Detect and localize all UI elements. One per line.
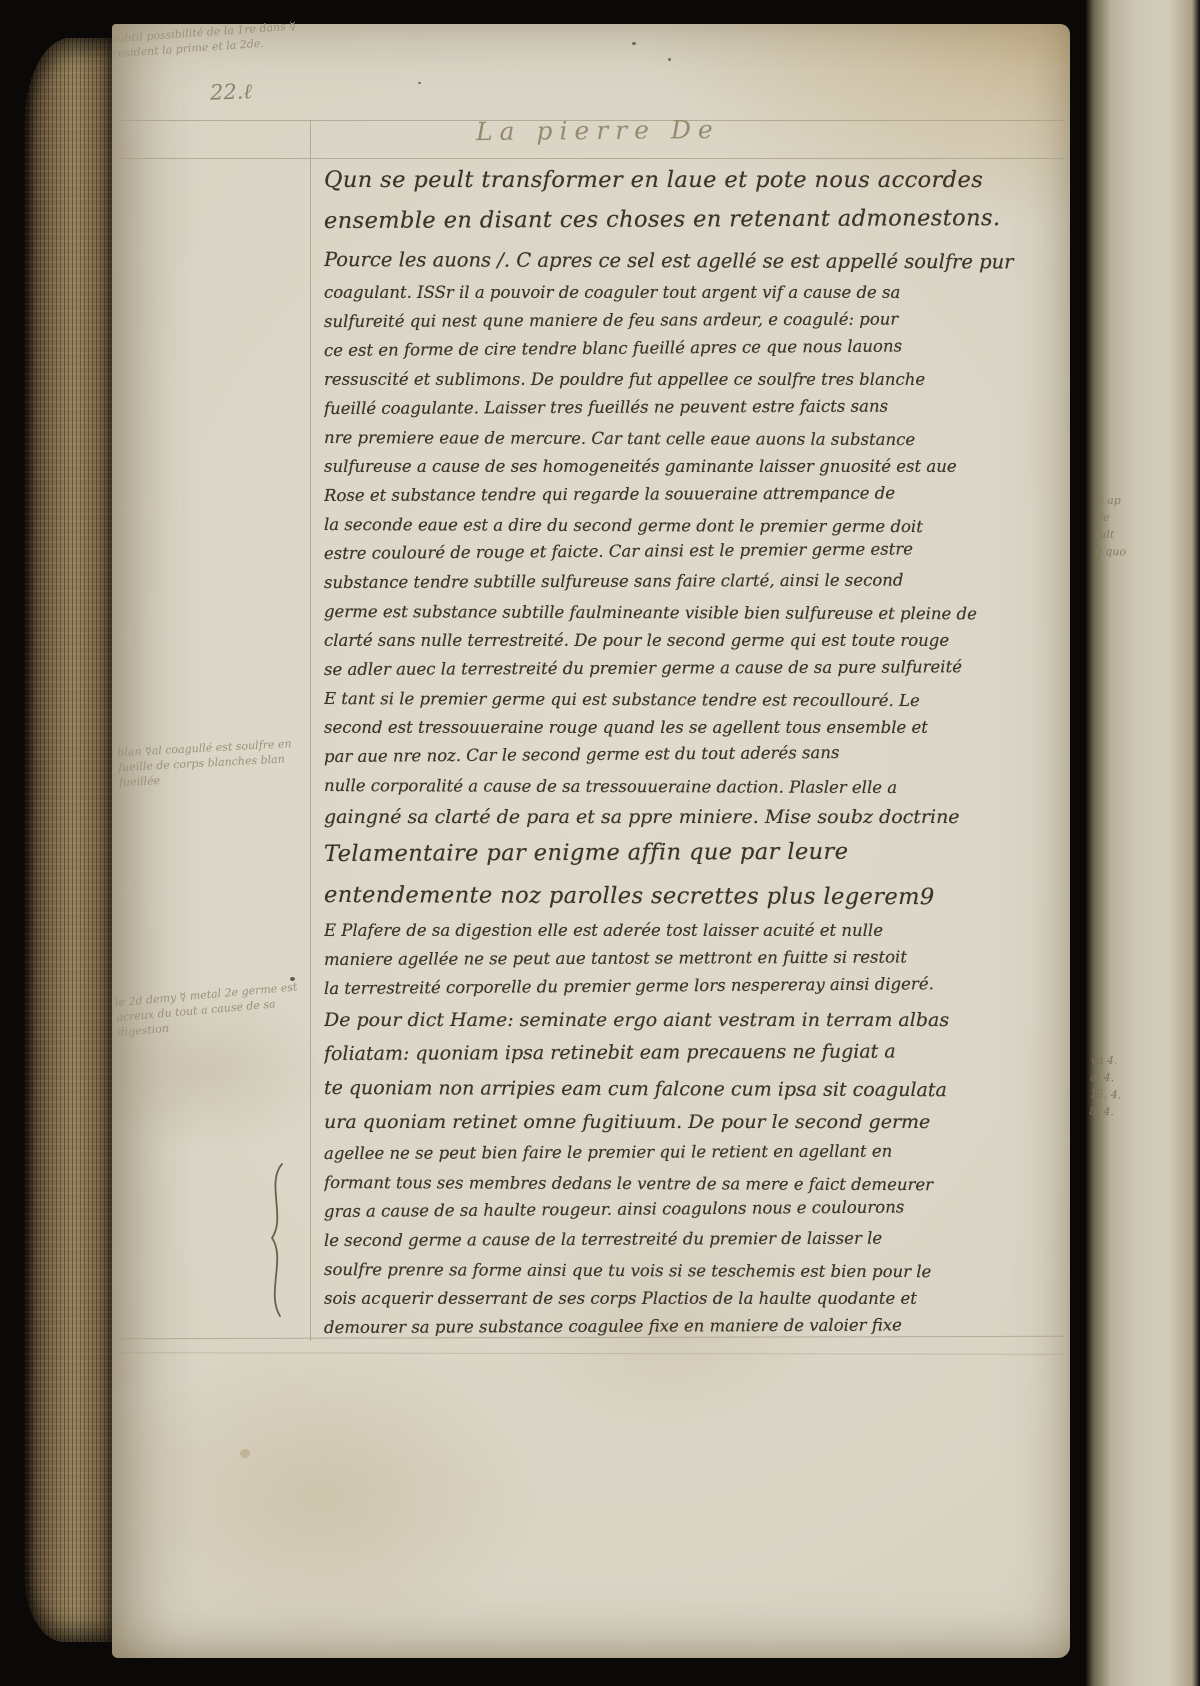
manuscript-text-line: ressuscité et sublimons. De pouldre fut … [324, 365, 1058, 394]
margin-note: le 2d demy ☿ metal 2e germe est acreux d… [114, 977, 329, 1040]
manuscript-text-line: soulfre prenre sa forme ainsi que tu voi… [324, 1255, 1058, 1287]
manuscript-text-line: nre premiere eaue de mercure. Car tant c… [324, 423, 1058, 455]
manuscript-text-line: entendemente noz parolles secrettes plus… [324, 875, 1058, 919]
manuscript-text-line: ce est en forme de cire tendre blanc fue… [324, 330, 1058, 365]
manuscript-text-line: nulle corporalité a cause de sa tressouu… [324, 771, 1058, 803]
manuscript-text-line: estre coulouré de rouge et faicte. Car a… [324, 533, 1058, 568]
manuscript-text-line: sois acquerir desserrant de ses corps Pl… [324, 1284, 1058, 1313]
manuscript-body-text: Qun se peult transformer en laue et pote… [324, 160, 1058, 1342]
margin-note: blan ☿al coagullé est soulfre en fueille… [117, 735, 319, 790]
ink-spot [290, 977, 295, 981]
manuscript-text-line: E Plafere de sa digestion elle est aderé… [324, 916, 1058, 945]
manuscript-text-line: germe est substance subtille faulmineant… [324, 597, 1058, 629]
next-folio-scribbles-bottom: va 4. a. 4. 15. 4. 8. 4. [1089, 1052, 1122, 1121]
ink-spot [418, 82, 421, 84]
ink-spot [668, 58, 671, 61]
margin-note: subtil possibilité de la 1re dans ☿ resi… [111, 17, 323, 62]
manuscript-text-line: gras a cause de sa haulte rougeur. ainsi… [324, 1191, 1058, 1226]
photograph-background: 22.ℓ La pierre De blan ☿al coagullé est … [0, 0, 1200, 1686]
next-folio-scribbles-top: il ap lle lult e quo [1095, 492, 1128, 561]
manuscript-text-line: te quoniam non arripies eam cum falcone … [324, 1071, 1058, 1108]
manuscript-text-line: le second germe a cause de la terrestrei… [324, 1223, 1058, 1255]
manuscript-text-line: Rose et substance tendre qui regarde la … [324, 478, 1058, 510]
manuscript-text-line: coagulant. ISSr il a pouvoir de coaguler… [324, 278, 1058, 307]
manuscript-text-line: sulfureuse a cause de ses homogeneités g… [324, 452, 1058, 481]
manuscript-text-line: ura quoniam retinet omne fugitiuum. De p… [324, 1105, 1058, 1139]
manuscript-page: 22.ℓ La pierre De blan ☿al coagullé est … [112, 24, 1070, 1658]
manuscript-text-line: fueillé coagulante. Laisser tres fueillé… [324, 391, 1058, 423]
manuscript-text-line: Pource les auons /. C apres ce sel est a… [324, 242, 1058, 281]
manuscript-text-line: demourer sa pure substance coagulee fixe… [324, 1310, 1058, 1342]
manuscript-text-line: clarté sans nulle terrestreité. De pour … [324, 626, 1058, 655]
manuscript-text-line: se adler auec la terrestreité du premier… [324, 652, 1058, 684]
running-title: La pierre De [476, 115, 720, 146]
manuscript-text-line: par aue nre noz. Car le second germe est… [324, 736, 1058, 771]
manuscript-text-line: foliatam: quoniam ipsa retinebit eam pre… [324, 1034, 1058, 1071]
margin-brace [260, 1160, 290, 1320]
manuscript-text-line: Qun se peult transformer en laue et pote… [324, 160, 1058, 201]
page-stain [240, 1449, 250, 1458]
book-page-edges [24, 38, 118, 1642]
manuscript-text-line: substance tendre subtille sulfureuse san… [324, 565, 1058, 597]
manuscript-text-line: agellee ne se peut bien faire le premier… [324, 1136, 1058, 1168]
manuscript-text-line: ensemble en disant ces choses en retenan… [324, 198, 1058, 242]
margin-notes: blan ☿al coagullé est soulfre en fueille… [112, 24, 322, 1658]
manuscript-text-line: De pour dict Hame: seminate ergo aiant v… [324, 1003, 1058, 1037]
manuscript-text-line: la terrestreité corporelle du premier ge… [324, 968, 1058, 1003]
manuscript-text-line: Telamentaire par enigme affin que par le… [324, 831, 1058, 875]
next-folio-edge: il ap lle lult e quo va 4. a. 4. 15. 4. … [1086, 0, 1200, 1686]
manuscript-text-line: gaingné sa clarté de para et sa ppre min… [324, 800, 1058, 834]
manuscript-text-line: E tant si le premier germe qui est subst… [324, 684, 1058, 716]
ink-spot [632, 42, 636, 45]
